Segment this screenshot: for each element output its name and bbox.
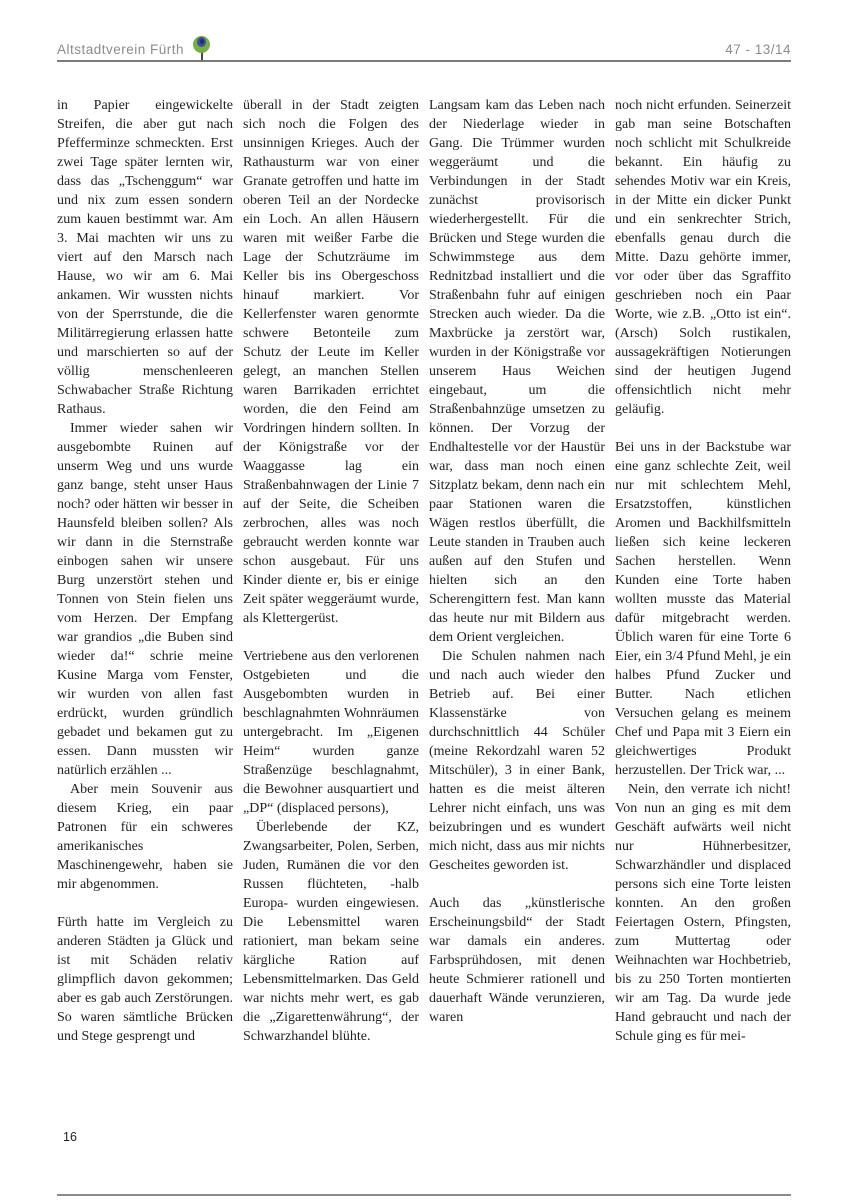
paragraph: Bei uns in der Backstube war eine ganz s… <box>615 438 791 780</box>
paragraph: Überlebende der KZ, Zwangsarbeiter, Pole… <box>243 818 419 1046</box>
paragraph: Auch das „künstlerische Erscheinungsbild… <box>429 894 605 1027</box>
text-column-1: in Papier eingewickelte Streifen, die ab… <box>57 96 233 1114</box>
article-columns: in Papier eingewickelte Streifen, die ab… <box>57 96 791 1114</box>
paragraph: noch nicht erfunden. Seinerzeit gab man … <box>615 96 791 419</box>
paragraph: Aber mein Souvenir aus diesem Krieg, ein… <box>57 780 233 894</box>
tree-logo-icon <box>193 36 211 62</box>
page-header: Altstadtverein Fürth 47 - 13/14 <box>57 38 791 60</box>
paragraph: Die Schulen nahmen nach und nach auch wi… <box>429 647 605 875</box>
text-column-3: Langsam kam das Leben nach der Niederlag… <box>429 96 605 1114</box>
text-column-2: überall in der Stadt zeigten sich noch d… <box>243 96 419 1114</box>
paragraph: Langsam kam das Leben nach der Niederlag… <box>429 96 605 647</box>
footer-rule <box>57 1194 791 1196</box>
header-rule <box>57 60 791 62</box>
tree-center-dot <box>200 39 204 44</box>
header-title: Altstadtverein Fürth <box>57 42 184 57</box>
paragraph: Vertriebene aus den verlorenen Ostgebiet… <box>243 647 419 818</box>
paragraph: überall in der Stadt zeigten sich noch d… <box>243 96 419 628</box>
paragraph: in Papier eingewickelte Streifen, die ab… <box>57 96 233 419</box>
paragraph: Fürth hatte im Vergleich zu anderen Städ… <box>57 913 233 1046</box>
newsletter-page: Altstadtverein Fürth 47 - 13/14 in Papie… <box>0 0 848 1200</box>
text-column-4: noch nicht erfunden. Seinerzeit gab man … <box>615 96 791 1114</box>
paragraph: Immer wieder sahen wir ausgebombte Ruine… <box>57 419 233 780</box>
page-number: 16 <box>63 1130 77 1144</box>
paragraph: Nein, den verrate ich nicht! Von nun an … <box>615 780 791 1046</box>
header-issue-number: 47 - 13/14 <box>725 42 791 57</box>
